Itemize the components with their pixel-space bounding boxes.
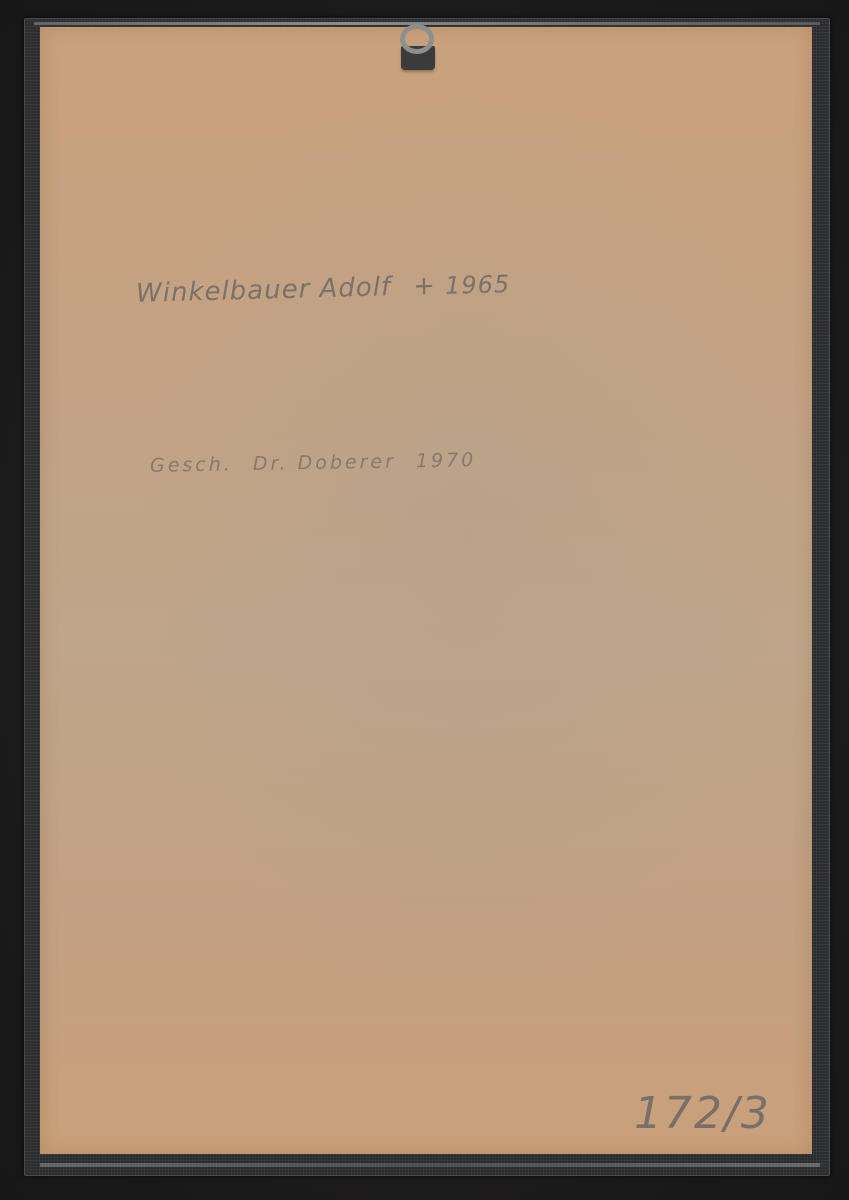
- death-year: 1965: [445, 270, 511, 300]
- gift-year: 1970: [416, 449, 477, 472]
- donor-name: Dr. Doberer: [253, 451, 396, 475]
- hanger-ring: [400, 24, 434, 54]
- hanger-ring-icon: [398, 22, 442, 74]
- death-mark: +: [413, 271, 437, 302]
- backing-paper: [40, 27, 812, 1154]
- inventory-number: 172/3: [634, 1088, 771, 1139]
- frame-edge-bottom: [40, 1163, 820, 1167]
- gift-prefix: Gesch.: [150, 453, 233, 476]
